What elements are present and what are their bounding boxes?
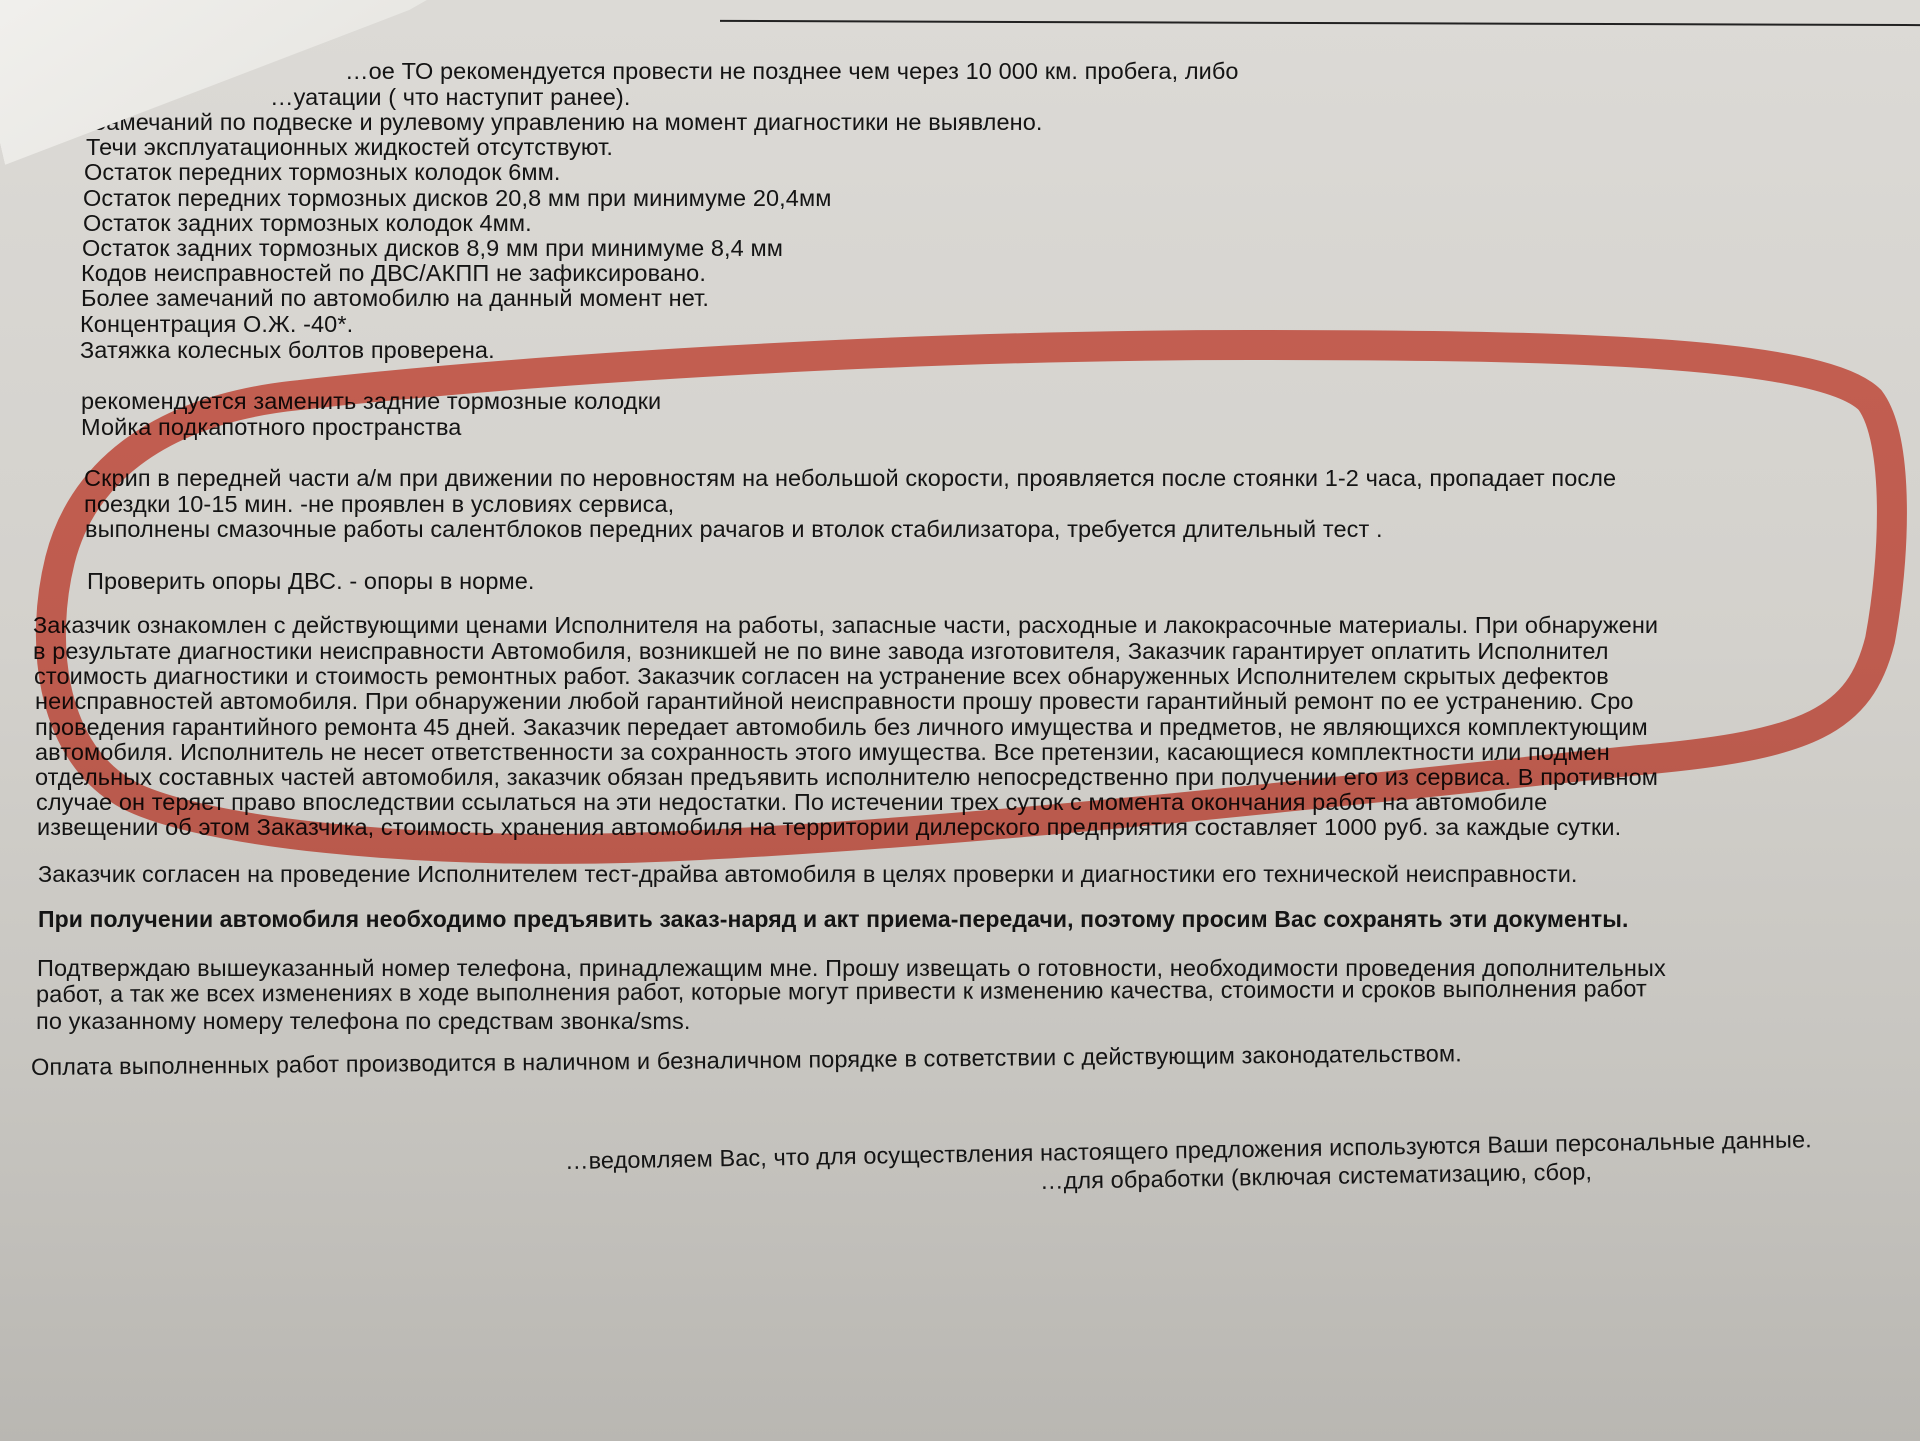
error-codes-note: Кодов неисправностей по ДВС/АКПП не зафи… [81, 260, 706, 287]
payment-terms: Оплата выполненных работ производится в … [31, 1040, 1462, 1081]
terms-line-8: случае он теряет право впоследствии ссыл… [36, 789, 1547, 816]
terms-line-6: автомобиля. Исполнитель не несет ответст… [35, 739, 1610, 766]
header-divider-line [720, 20, 1920, 26]
maintenance-interval-line: …ое ТО рекомендуется провести не позднее… [345, 58, 1239, 85]
complaint-line-1: Скрип в передней части а/м при движении … [84, 465, 1616, 492]
complaint-line-3: выполнены смазочные работы салентблоков … [85, 516, 1383, 543]
no-remarks-note: Более замечаний по автомобилю на данный … [81, 285, 709, 312]
coolant-note: Концентрация О.Ж. -40*. [80, 311, 353, 338]
rear-pads-note: Остаток задних тормозных колодок 4мм. [83, 210, 532, 237]
terms-line-5: проведения гарантийного ремонта 45 дней.… [35, 714, 1648, 741]
suspension-note: Замечаний по подвеске и рулевому управле… [92, 109, 1043, 136]
fluid-leaks-note: Течи эксплуатационных жидкостей отсутств… [86, 134, 613, 161]
front-discs-note: Остаток передних тормозных дисков 20,8 м… [83, 185, 831, 212]
front-pads-note: Остаток передних тормозных колодок 6мм. [84, 159, 561, 186]
documents-notice: При получении автомобиля необходимо пред… [38, 906, 1629, 933]
document-photo: …ое ТО рекомендуется провести не позднее… [0, 0, 1920, 1441]
phone-consent-line-3: по указанному номеру телефона по средств… [36, 1008, 691, 1035]
phone-consent-line-2: работ, а так же всех изменениях в ходе в… [36, 975, 1647, 1008]
terms-line-3: стоимость диагностики и стоимость ремонт… [34, 663, 1609, 690]
wheel-bolts-note: Затяжка колесных болтов проверена. [80, 337, 495, 364]
maintenance-interval-line-2: …уатации ( что наступит ранее). [270, 84, 630, 111]
terms-line-4: неисправностей автомобиля. При обнаружен… [35, 688, 1634, 715]
complaint-line-2: поездки 10-15 мин. -не проявлен в услови… [84, 491, 674, 518]
terms-line-9: извещении об этом Заказчика, стоимость х… [37, 814, 1621, 841]
recommendation-engine-wash: Мойка подкапотного пространства [81, 414, 461, 441]
test-drive-consent: Заказчик согласен на проведение Исполнит… [38, 861, 1578, 888]
recommendation-rear-pads: рекомендуется заменить задние тормозные … [81, 388, 661, 415]
terms-line-7: отдельных составных частей автомобиля, з… [35, 764, 1658, 791]
terms-line-2: в результате диагностики неисправности А… [33, 638, 1609, 665]
terms-line-1: Заказчик ознакомлен с действующими ценам… [33, 612, 1658, 639]
engine-mounts-note: Проверить опоры ДВС. - опоры в норме. [87, 568, 535, 595]
rear-discs-note: Остаток задних тормозных дисков 8,9 мм п… [82, 235, 783, 262]
